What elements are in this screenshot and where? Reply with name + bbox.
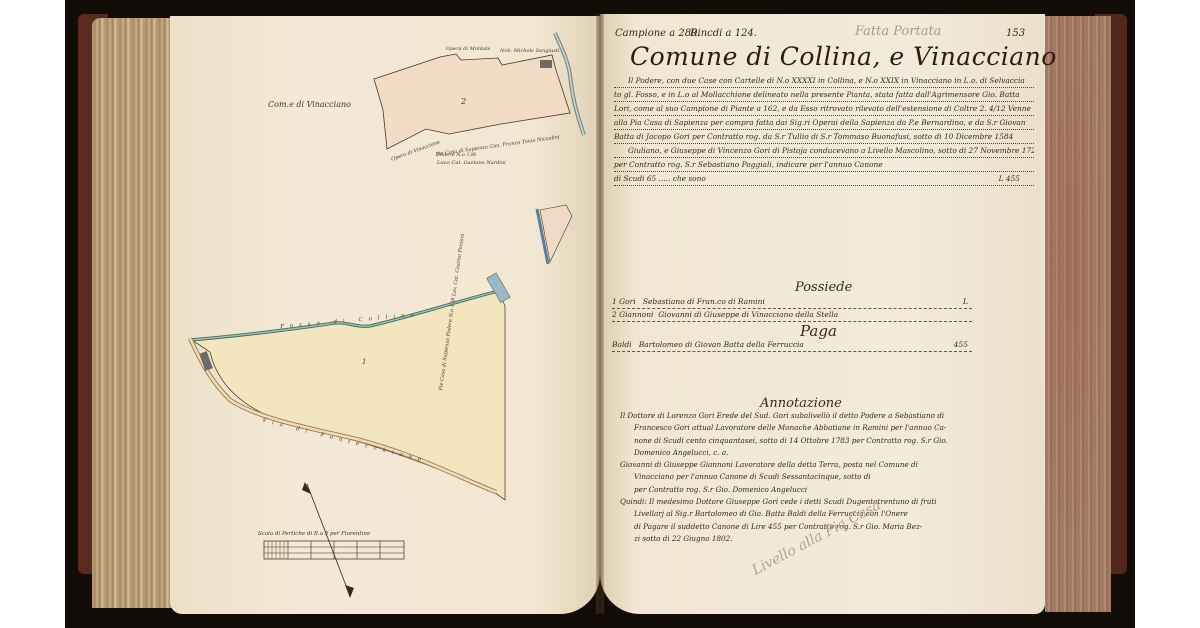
payer-row: Baldi Bartolomeo di Giovan Batta della F… <box>612 340 972 352</box>
riscontri-reference: Rincdi a 124. <box>690 28 757 39</box>
region-label: Com.e di Vinacciano <box>268 100 351 109</box>
possessor-surname: 1 Gori <box>612 297 636 306</box>
canone-amount: L 455 <box>999 172 1020 185</box>
possessor-row: 1 Gori Sebastiano di Fran.co di Ramini L <box>612 297 972 309</box>
possessor-name: Sebastiano di Fran.co di Ramini <box>643 297 765 306</box>
annotation-line: Il Dottore di Lorenzo Gori Erede del Sud… <box>620 410 1040 422</box>
annotation-line: Quindi: Il medesimo Dottore Giuseppe Gor… <box>620 496 1040 508</box>
annotation-line: Francesco Gori attual Lavoratore delle M… <box>620 422 1040 434</box>
page-title: Comune di Collina, e Vinacciano <box>630 42 1057 71</box>
description-line: to gl. Fosso, e in L.o al Mollacchione d… <box>614 88 1034 102</box>
pencil-note: Fatta Portata <box>855 24 941 39</box>
parcel-2-neighbor-label: Opera di Montale <box>446 46 491 52</box>
possessor-amount: L <box>963 297 968 306</box>
description-line: Giuliano, e Giuseppe di Vincenzo Gori di… <box>614 144 1034 158</box>
scale-bar <box>264 541 404 559</box>
description-line: di Scudi 65 ..... che sono L 455 <box>614 172 1034 186</box>
annotation-line: Vinacciano per l'annuo Canone di Scudi S… <box>620 471 1040 483</box>
description-line: per Contratto rog. S.r Sebastiano Poggia… <box>614 158 1034 172</box>
possessor-surname: 2 Giannoni <box>612 310 653 319</box>
possessors-heading: Possiede <box>795 280 852 295</box>
possessor-row: 2 Giannoni Giovanni di Giuseppe di Vinac… <box>612 310 972 322</box>
payer-amount: 455 <box>954 340 968 349</box>
campione-reference: Campione a 280. <box>615 28 701 39</box>
parcel-2-podere-label: Podere N.o 136 <box>437 152 476 158</box>
page-number: 153 <box>1006 28 1025 39</box>
parcel-1-plot <box>190 273 510 500</box>
annotation-line: per Contratto rog. S.r Gio. Domenico Ang… <box>620 484 1040 496</box>
annotation-line: none di Scudi cento cinquantasei, sotto … <box>620 435 1040 447</box>
annotation-line: Giovanni di Giuseppe Giannoni Lavoratore… <box>620 459 1040 471</box>
annotation-heading: Annotazione <box>760 396 842 411</box>
parcel-1-number: 1 <box>362 358 366 366</box>
payer-surname: Baldi <box>612 340 632 349</box>
property-description: Il Podere, con due Case con Cartelle di … <box>614 74 1034 186</box>
description-line: Lori, come al suo Campione di Piante a 1… <box>614 102 1034 116</box>
north-arrow-icon <box>302 482 354 598</box>
parcel-2-number: 2 <box>461 97 466 106</box>
description-line: Batta di Jacopo Gori per Contratto rog. … <box>614 130 1034 144</box>
payer-heading: Paga <box>800 322 837 340</box>
description-line: alla Pia Casa di Sapienza per compra fat… <box>614 116 1034 130</box>
parcel-2-lavoratore-label: Lav.e Cat. Gaetano Nardini <box>437 160 506 166</box>
annotation-line: Livellarj al Sig.r Bartolomeo di Gio. Ba… <box>620 508 1040 520</box>
parcel-2-neighbor-label: Nob. Michele Sangiusti <box>500 48 559 54</box>
parcel-small-plot <box>537 205 572 264</box>
description-line: Il Podere, con due Case con Cartelle di … <box>614 74 1034 88</box>
payer-name: Bartolomeo di Giovan Batta della Ferrucc… <box>639 340 804 349</box>
possessor-name: Giovanni di Giuseppe di Vinacciano della… <box>658 310 838 319</box>
canone-text: di Scudi 65 ..... che sono <box>614 174 706 183</box>
annotation-line: Domenico Angelucci, c. a. <box>620 447 1040 459</box>
book-gutter <box>596 14 604 614</box>
scale-bar-label: Scala di Pertiche di B.a 5 per Fiorentin… <box>258 531 370 537</box>
